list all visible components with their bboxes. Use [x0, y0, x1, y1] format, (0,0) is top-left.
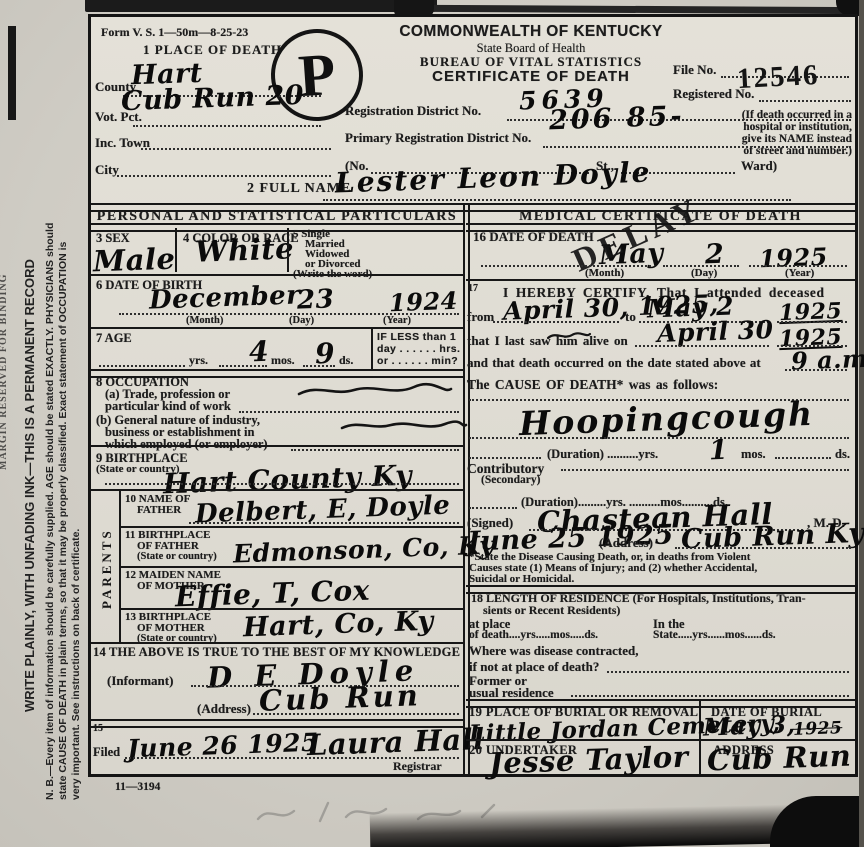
age-yrs-line [99, 365, 185, 367]
scan-artifact-top-band [85, 0, 437, 12]
pencil-marks [250, 795, 510, 831]
margin-binding-note: MARGIN RESERVED FOR BINDING [0, 274, 9, 470]
state-duration-line: State.....yrs......mos......ds. [653, 629, 776, 641]
certificate-title: CERTIFICATE OF DEATH [381, 68, 681, 85]
primary-registration-value: 206 85- [549, 101, 686, 137]
duration2-lead-line [469, 507, 517, 509]
inc-town-line [141, 148, 331, 150]
of-death-duration-line: of death....yrs.....mos.....ds. [469, 629, 598, 641]
margin-nb-line2: state CAUSE OF DEATH in plain terms, so … [57, 242, 69, 800]
dob-bottom-rule [91, 327, 463, 329]
burial-date-value: May 3, [703, 709, 796, 741]
death-occurred-label: and that death occurred on the date stat… [467, 355, 761, 371]
father-name-rule [119, 526, 463, 528]
race-value: White [194, 231, 294, 268]
city-label: City [95, 162, 119, 178]
dod-year-label: (Year) [785, 267, 814, 279]
contracted-label: Where was disease contracted, [469, 643, 638, 659]
dob-day-value: 23 [296, 284, 334, 315]
former-line [571, 695, 849, 697]
contributory-line [561, 469, 849, 471]
row1-divider-1 [175, 228, 177, 272]
primary-registration-line [543, 146, 851, 148]
handwritten-dash-mark-a [296, 381, 454, 401]
father-birthplace-rule [119, 566, 463, 568]
dod-day-label: (Day) [691, 267, 717, 279]
full-name-value: Lester Leon Doyle [335, 155, 652, 199]
handwritten-dash-mark-b [339, 417, 469, 435]
dob-year-label: (Year) [383, 315, 411, 326]
parents-label: PARENTS [99, 528, 115, 609]
place-of-death-label: 1 PLACE OF DEATH [143, 42, 282, 58]
age-mos-label: mos. [271, 353, 295, 368]
item-17-number: 17 [468, 283, 478, 294]
duration-mos-value: 1 [708, 435, 728, 467]
last-saw-line [635, 345, 769, 347]
cause-line-2 [469, 437, 849, 439]
father-birthplace-value: Edmonson, Co, Ky [233, 530, 495, 568]
to-label: to [625, 309, 636, 325]
margin-nb-line1: N. B.—Every item of information should b… [44, 223, 56, 800]
scan-artifact-right-edge [859, 0, 864, 847]
undertaker-value: Jesse Taylor [488, 740, 689, 781]
age-ds-label: ds. [339, 353, 353, 368]
form-code: 11—3194 [115, 781, 160, 793]
last-saw-date: April 30 [657, 315, 774, 348]
burial-year-value: 1925 [793, 718, 843, 740]
dod-month-line [481, 265, 651, 267]
informant-address-label: (Address) [197, 701, 251, 717]
margin-nb-line3: very important. See instructions on back… [70, 529, 82, 800]
registered-no-label: Registered No. [673, 86, 754, 102]
mother-birthplace-value: Hart, Co, Ky [243, 606, 435, 644]
death-occurred-line [785, 369, 847, 371]
dob-day-label: (Day) [289, 315, 314, 326]
undertaker-address-value: Cub Run [706, 738, 851, 777]
from-line [493, 321, 619, 323]
occupation-bottom-rule [91, 445, 463, 447]
row1-bottom-rule [91, 274, 463, 276]
file-no-label: File No. [673, 62, 716, 78]
vot-pct-line [133, 125, 321, 127]
row1-divider-2 [287, 228, 289, 272]
cause-of-death-label: The CAUSE OF DEATH* was as follows: [467, 377, 718, 393]
dod-month-label: (Month) [585, 267, 624, 279]
from-label: from [467, 309, 494, 325]
parents-bottom-rule [91, 642, 463, 644]
duration-label-yrs: (Duration) ..........yrs. [547, 447, 658, 462]
hospital-note-2: hospital or institution, [666, 121, 852, 133]
informant-label: (Informant) [107, 673, 173, 689]
occupation-a-line2: particular kind of work [105, 399, 231, 414]
age-yrs-label: yrs. [189, 353, 208, 368]
dob-month-label: (Month) [186, 315, 223, 326]
if-less-line1: IF LESS than 1 [377, 331, 456, 343]
vot-pct-value: Cub Run 20 [121, 80, 305, 117]
registered-no-line [759, 100, 851, 102]
duration-ds-line [775, 457, 831, 459]
age-ds-line [303, 365, 335, 367]
occupation-a-line [239, 411, 459, 413]
physician-address-value: Cub Run Ky [681, 518, 864, 555]
secondary-label: (Secondary) [481, 474, 540, 486]
age-mos-value: 4 [248, 335, 269, 369]
father-name-label2: FATHER [137, 504, 181, 516]
birthplace-line [105, 483, 459, 485]
father-name-line [189, 522, 459, 524]
registrar-label: Registrar [393, 759, 442, 774]
dob-month-value: December [149, 280, 301, 315]
filed-label: Filed [93, 745, 120, 760]
sex-value: Male [92, 242, 175, 279]
duration-label-ds: ds. [835, 447, 850, 462]
if-less-line3: or . . . . . . min? [377, 355, 458, 367]
age-label: 7 AGE [96, 331, 132, 346]
birthplace-bottom-rule [91, 489, 463, 491]
margin-write-plainly-note: WRITE PLAINLY, WITH UNFADING INK—THIS IS… [22, 259, 37, 712]
residence-label-line2: sients or Recent Residents) [483, 603, 620, 618]
full-name-line [323, 199, 791, 201]
informant-address-value: Cub Run [258, 678, 421, 718]
hospital-note-3: give its NAME instead [666, 133, 852, 145]
handwritten-him-mark [546, 329, 592, 343]
primary-registration-label: Primary Registration District No. [345, 130, 531, 146]
dod-bottom-rule [466, 279, 855, 281]
scan-artifact-left-bar [8, 26, 16, 120]
to-year-line [777, 321, 847, 323]
duration-lead-line [469, 457, 541, 459]
cause-of-death-value: Hoopingcough [518, 394, 814, 443]
father-birthplace-label3: (State or country) [137, 551, 217, 562]
informant-address-line [253, 713, 459, 715]
age-mos-line [219, 365, 267, 367]
registration-district-label: Registration District No. [345, 103, 481, 119]
item-15-number: 15 [93, 723, 103, 734]
commonwealth-title: COMMONWEALTH OF KENTUCKY [381, 23, 681, 41]
if-not-line [607, 671, 849, 673]
city-line [117, 175, 331, 177]
duration-label-mos: mos. [741, 447, 766, 462]
age-cell-divider [371, 327, 373, 369]
if-less-line2: day . . . . . . hrs. [377, 343, 460, 355]
occupation-b-line [291, 449, 459, 451]
physician-address-line [675, 547, 851, 549]
form-number: Form V. S. 1—50m—8-25-23 [101, 25, 248, 40]
certificate-body: Form V. S. 1—50m—8-25-23 1 PLACE OF DEAT… [88, 14, 858, 777]
footnote-line3: Suicidal or Homicidal. [469, 573, 574, 585]
ward-label: Ward) [741, 158, 777, 174]
physician-address-label: (Address) [599, 535, 653, 551]
scan-artifact-top-band-right [430, 5, 864, 14]
death-certificate-scan: MARGIN RESERVED FOR BINDING WRITE PLAINL… [0, 0, 864, 847]
